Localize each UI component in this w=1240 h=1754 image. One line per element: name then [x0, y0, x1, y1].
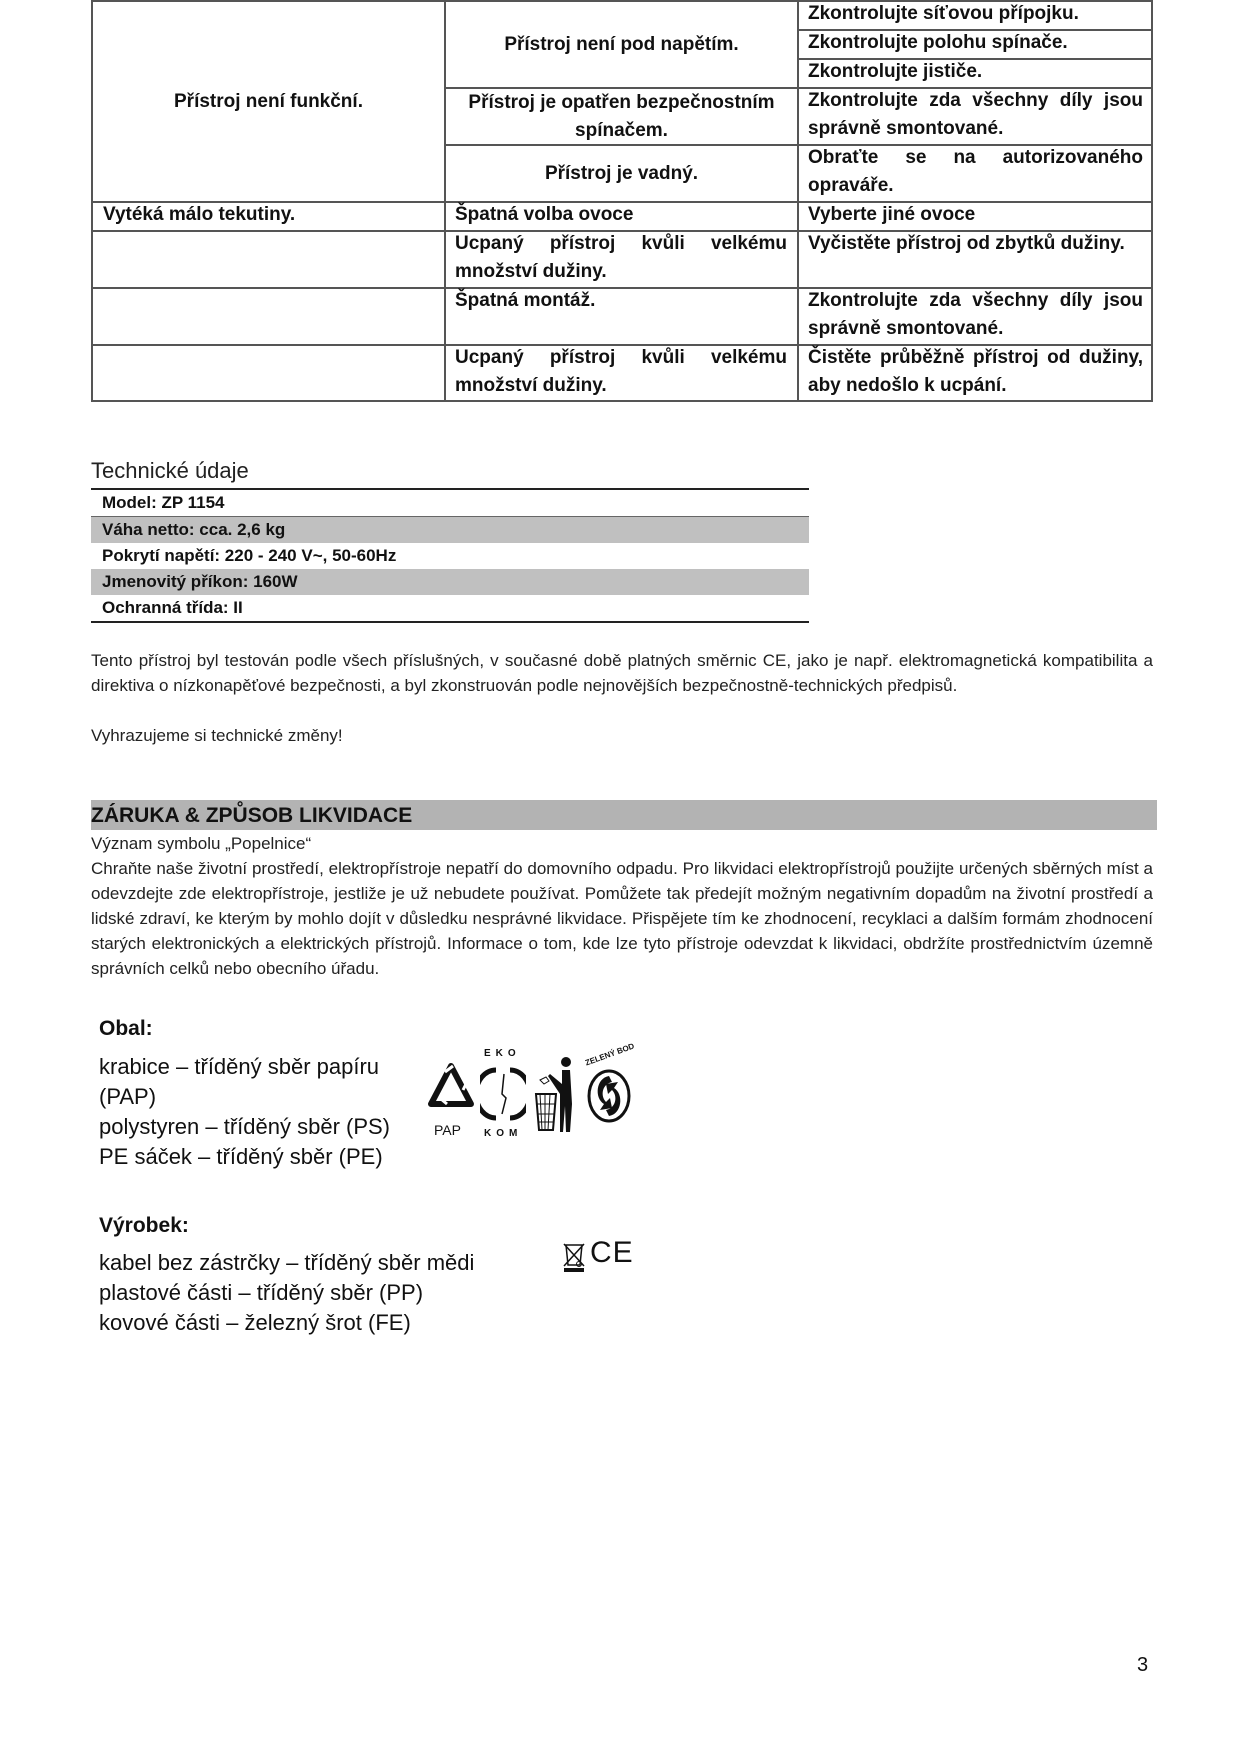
compliance-text: Tento přístroj byl testován podle všech …	[91, 648, 1153, 698]
spec-row: Model: ZP 1154	[91, 490, 809, 516]
list-item: (PAP)	[99, 1082, 390, 1112]
solution-cell: Zkontrolujte zda všechny díly jsou správ…	[808, 287, 1143, 343]
list-item: kabel bez zástrčky – tříděný sběr mědi	[99, 1248, 474, 1278]
spec-rule	[91, 621, 809, 623]
solution-cell: Vyčistěte přístroj od zbytků dužiny.	[808, 230, 1148, 258]
cause-cell: Špatná volba ovoce	[455, 201, 787, 229]
spec-row: Váha netto: cca. 2,6 kg	[91, 517, 809, 543]
product-list: kabel bez zástrčky – tříděný sběr mědi p…	[99, 1248, 474, 1338]
solution-cell: Zkontrolujte síťovou přípojku.	[808, 0, 1143, 28]
reserve-text: Vyhrazujeme si technické změny!	[91, 723, 1153, 748]
tidyman-icon	[532, 1054, 578, 1134]
spec-table: Model: ZP 1154 Váha netto: cca. 2,6 kg P…	[91, 488, 809, 623]
cause-cell: Ucpaný přístroj kvůli velkému množství d…	[455, 344, 787, 400]
solution-cell: Obraťte se na autorizovaného opraváře.	[808, 144, 1143, 200]
solution-cell: Zkontrolujte polohu spínače.	[808, 29, 1143, 57]
page-number: 3	[1137, 1654, 1148, 1677]
weee-bin-icon	[561, 1240, 587, 1273]
solution-cell: Zkontrolujte jističe.	[808, 58, 1143, 86]
list-item: polystyren – tříděný sběr (PS)	[99, 1112, 390, 1142]
cause-cell: Ucpaný přístroj kvůli velkému množství d…	[455, 230, 787, 286]
list-item: kovové části – železný šrot (FE)	[99, 1308, 474, 1338]
eko-label: EKO	[484, 1048, 521, 1059]
table-border	[91, 400, 1153, 402]
spec-row: Jmenovitý příkon: 160W	[91, 569, 809, 595]
recycling-icons: PAP EKO KOM ZELENÝ BOD	[420, 1048, 640, 1148]
list-item: krabice – tříděný sběr papíru	[99, 1052, 390, 1082]
solution-cell: Vyberte jiné ovoce	[808, 201, 1143, 229]
spec-row: Ochranná třída: II	[91, 595, 809, 621]
warranty-body: Chraňte naše životní prostředí, elektrop…	[91, 856, 1153, 981]
problem-cell: Přístroj není funkční.	[93, 2, 444, 201]
technical-data-title: Technické údaje	[91, 458, 249, 484]
recycle-triangle-icon	[425, 1060, 477, 1130]
list-item: PE sáček – tříděný sběr (PE)	[99, 1142, 390, 1172]
warranty-title: ZÁRUKA & ZPŮSOB LIKVIDACE	[91, 802, 412, 830]
green-dot-icon	[586, 1062, 632, 1124]
spec-row: Pokrytí napětí: 220 - 240 V~, 50-60Hz	[91, 543, 809, 569]
ce-mark: CE	[590, 1236, 634, 1270]
troubleshooting-table: Přístroj není funkční. Přístroj není pod…	[91, 0, 1153, 402]
solution-cell: Zkontrolujte zda všechny díly jsou správ…	[808, 87, 1143, 143]
cause-cell: Přístroj je opatřen bezpečnostním spínač…	[446, 89, 797, 144]
problem-cell: Vytéká málo tekutiny.	[103, 201, 433, 229]
product-title: Výrobek:	[99, 1214, 189, 1238]
cause-cell: Špatná montáž.	[455, 287, 787, 315]
list-item: plastové části – tříděný sběr (PP)	[99, 1278, 474, 1308]
cause-cell: Přístroj je vadný.	[446, 146, 797, 201]
kom-label: KOM	[484, 1128, 522, 1139]
eko-kom-icon	[480, 1064, 526, 1124]
packaging-title: Obal:	[99, 1017, 153, 1041]
cause-cell: Přístroj není pod napětím.	[446, 2, 797, 87]
solution-cell: Čistěte průběžně přístroj od dužiny, aby…	[808, 344, 1143, 400]
packaging-list: krabice – tříděný sběr papíru (PAP) poly…	[99, 1052, 390, 1172]
pap-label: PAP	[434, 1122, 461, 1138]
warranty-subtitle: Význam symbolu „Popelnice“	[91, 831, 1153, 856]
